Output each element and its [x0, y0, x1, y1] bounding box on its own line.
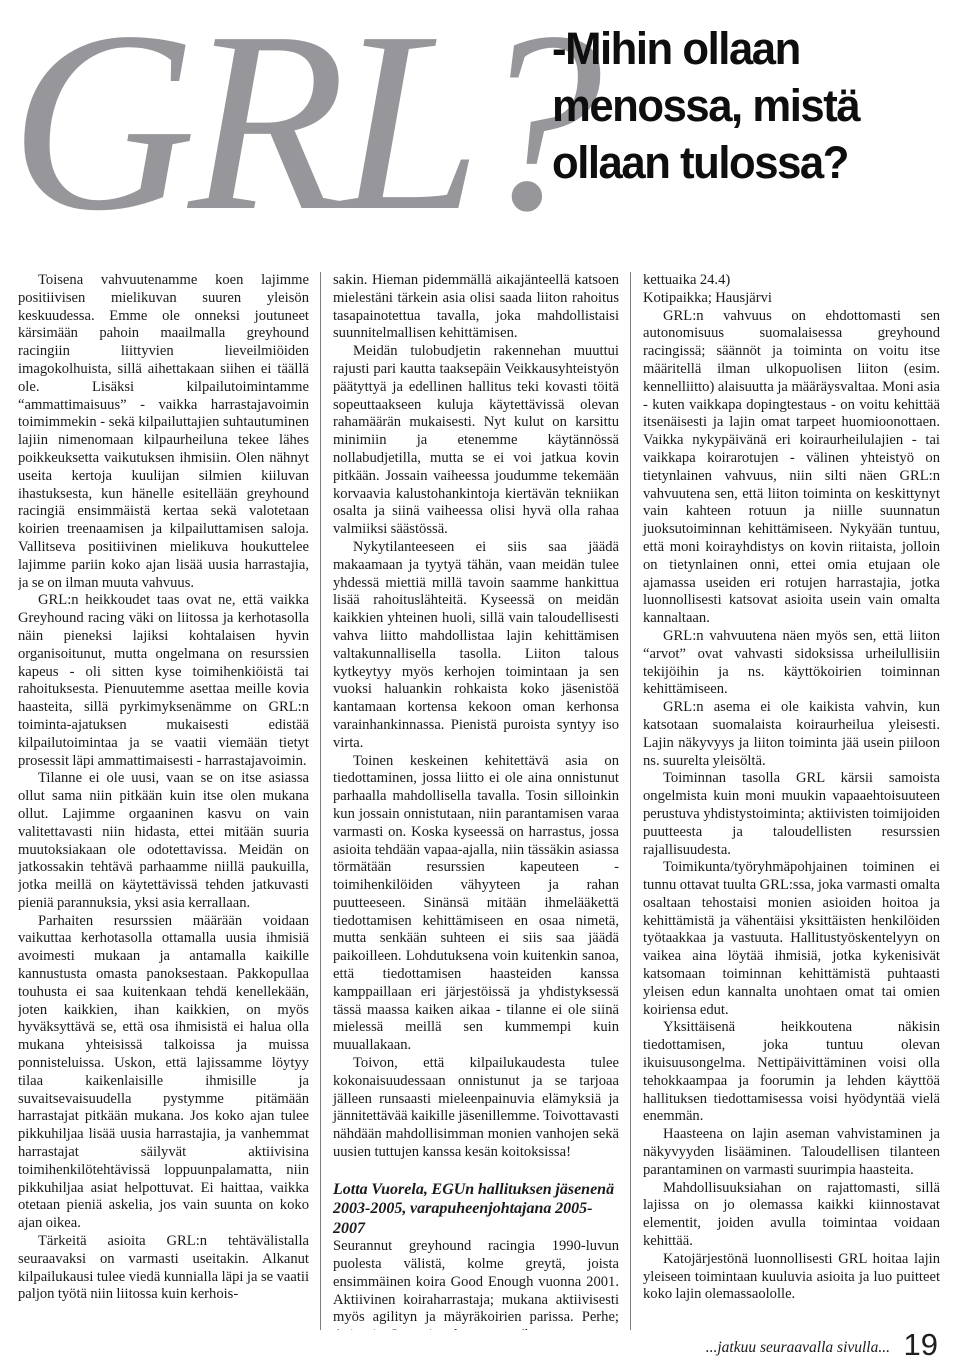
paragraph: Toisena vahvuutenamme koen lajimme posit…: [18, 272, 309, 592]
paragraph: Yksittäisenä heikkoutena näkisin tiedott…: [643, 1019, 940, 1126]
title-line-2: menossa, mistä: [552, 77, 859, 134]
paragraph: Haasteena on lajin aseman vahvistaminen …: [643, 1126, 940, 1179]
magazine-page: GRL? -Mihin ollaan menossa, mistä ollaan…: [0, 0, 960, 1369]
paragraph: Parhaiten resurssien määrään voidaan vai…: [18, 913, 309, 1233]
paragraph: GRL:n asema ei ole kaikista vahvin, kun …: [643, 699, 940, 770]
paragraph: GRL:n heikkoudet taas ovat ne, että vaik…: [18, 592, 309, 770]
paragraph: GRL:n vahvuus on ehdottomasti sen autono…: [643, 308, 940, 628]
paragraph: Toinen keskeinen kehitettävä asia on tie…: [333, 753, 619, 1056]
page-title: -Mihin ollaan menossa, mistä ollaan tulo…: [552, 20, 859, 191]
text-column-3: kettuaika 24.4) Kotipaikka; Hausjärvi GR…: [630, 272, 940, 1330]
paragraph: Katojärjestönä luonnollisesti GRL hoitaa…: [643, 1251, 940, 1304]
page-number: 19: [904, 1327, 938, 1363]
paragraph: Tärkeitä asioita GRL:n tehtävälistalla s…: [18, 1233, 309, 1304]
paragraph: Kotipaikka; Hausjärvi: [643, 290, 940, 308]
title-line-3: ollaan tulossa?: [552, 134, 859, 191]
author-bio: Seurannut greyhound racingia 1990-luvun …: [333, 1238, 619, 1330]
article-columns: Toisena vahvuutenamme koen lajimme posit…: [18, 272, 942, 1330]
paragraph: GRL:n vahvuutena näen myös sen, että lii…: [643, 628, 940, 699]
author-signature: Lotta Vuorela, EGUn hallituksen jäsenenä…: [333, 1180, 619, 1239]
paragraph: Tilanne ei ole uusi, vaan se on itse asi…: [18, 770, 309, 912]
paragraph: Meidän tulobudjetin rakennehan muuttui r…: [333, 343, 619, 539]
paragraph: kettuaika 24.4): [643, 272, 940, 290]
continuation-note: ...jatkuu seuraavalla sivulla...: [706, 1339, 890, 1357]
grl-logo: GRL?: [10, 0, 594, 257]
paragraph: Toiminnan tasolla GRL kärsii samoista on…: [643, 770, 940, 859]
text-column-2: sakin. Hieman pidemmällä aikajänteellä k…: [320, 272, 630, 1330]
paragraph: Mahdollisuuksiahan on rajattomasti, sill…: [643, 1180, 940, 1251]
paragraph: Nykytilanteeseen ei siis saa jäädä makaa…: [333, 539, 619, 753]
paragraph: Toivon, että kilpailukaudesta tulee koko…: [333, 1055, 619, 1162]
text-column-1: Toisena vahvuutenamme koen lajimme posit…: [18, 272, 320, 1330]
paragraph: sakin. Hieman pidemmällä aikajänteellä k…: [333, 272, 619, 343]
title-line-1: -Mihin ollaan: [552, 20, 859, 77]
paragraph: Toimikunta/työryhmäpohjainen toiminen ei…: [643, 859, 940, 1019]
